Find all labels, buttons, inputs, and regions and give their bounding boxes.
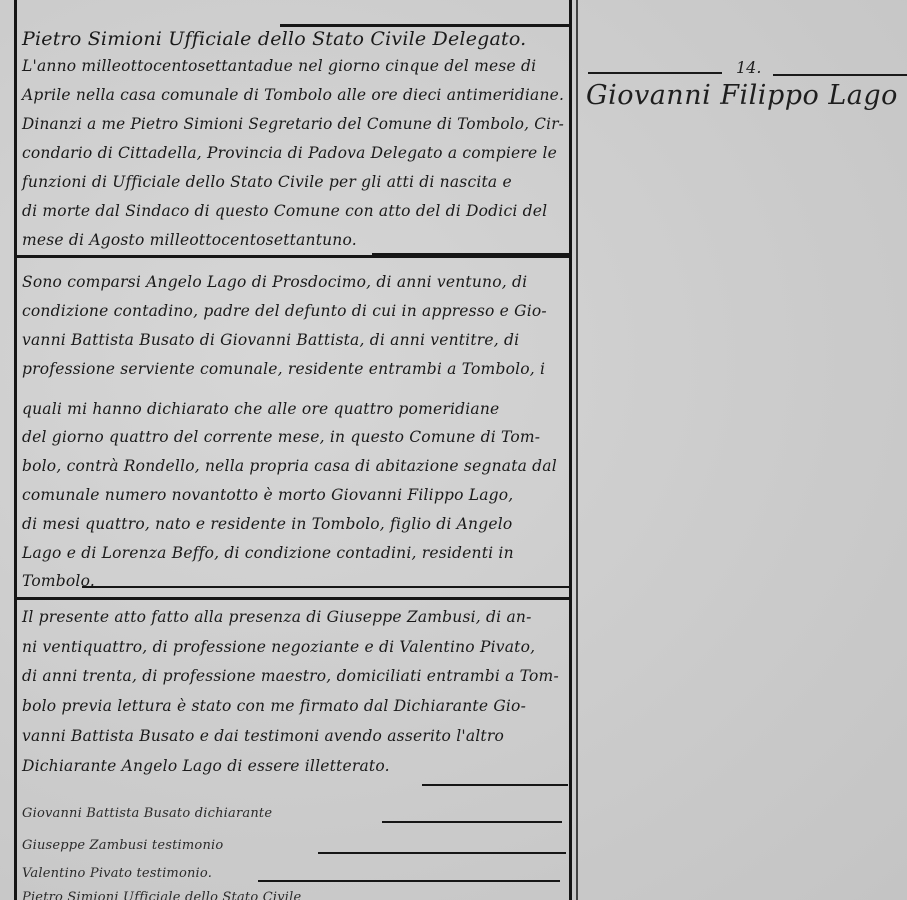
section-1-line: Aprile nella casa comunale di Tombolo al… [22,86,564,104]
entry-rule-left [588,72,722,74]
section-3-line: vanni Battista Busato e dai testimoni av… [22,727,504,745]
section-2-line: Sono comparsi Angelo Lago di Prosdocimo,… [22,273,527,291]
section-3-line: ni ventiquattro, di professione negozian… [22,638,535,656]
section-divider-1 [14,255,572,258]
deceased-name: Giovanni Filippo Lago [586,80,898,111]
section-1-line: Dinanzi a me Pietro Simioni Segretario d… [22,115,564,133]
signature-rule [258,880,560,882]
section-3-line: Il presente atto fatto alla presenza di … [22,608,532,626]
section-2-line: del giorno quattro del corrente mese, in… [22,428,540,446]
signature-witness-2: Valentino Pivato testimonio. [22,866,212,881]
section-2-line: Lago e di Lorenza Beffo, di condizione c… [22,544,514,562]
signature-officer: Pietro Simioni Ufficiale dello Stato Civ… [22,890,301,900]
section-2-end-rule [82,586,572,588]
section-1-line: L'anno milleottocentosettantadue nel gio… [22,57,536,75]
signature-witness-1: Giuseppe Zambusi testimonio [22,838,223,853]
section-2-line: quali mi hanno dichiarato che alle ore q… [22,400,499,418]
section-1-line: funzioni di Ufficiale dello Stato Civile… [22,173,512,191]
section-3-line: di anni trenta, di professione maestro, … [22,667,559,685]
section-2-line: condizione contadino, padre del defunto … [22,302,547,320]
register-page: Pietro Simioni Ufficiale dello Stato Civ… [0,0,907,900]
signature-declarant: Giovanni Battista Busato dichiarante [22,806,272,821]
section-divider-2 [14,597,572,600]
signature-rule [318,852,566,854]
section-2-line: di mesi quattro, nato e residente in Tom… [22,515,512,533]
section-3-line: Dichiarante Angelo Lago di essere illett… [22,757,390,775]
officer-header: Pietro Simioni Ufficiale dello Stato Civ… [22,28,526,50]
section-2-line: bolo, contrà Rondello, nella propria cas… [22,457,557,475]
section-1-line: di morte dal Sindaco di questo Comune co… [22,202,547,220]
section-2-line: professione serviente comunale, resident… [22,360,545,378]
entry-rule-right [773,74,907,76]
top-rule [280,24,572,27]
section-3-line: bolo previa lettura è stato con me firma… [22,697,526,715]
signature-rule [382,821,562,823]
section-2-line: comunale numero novantotto è morto Giova… [22,486,513,504]
section-3-end-rule [422,784,568,786]
entry-number-row: 14. [588,58,906,82]
entry-number: 14. [736,58,761,77]
section-2-line: vanni Battista Busato di Giovanni Battis… [22,331,519,349]
margin-column: 14. Giovanni Filippo Lago [578,0,907,900]
section-1-line: mese di Agosto milleottocentosettantuno. [22,231,357,249]
section-1-line: condario di Cittadella, Provincia di Pad… [22,144,557,162]
